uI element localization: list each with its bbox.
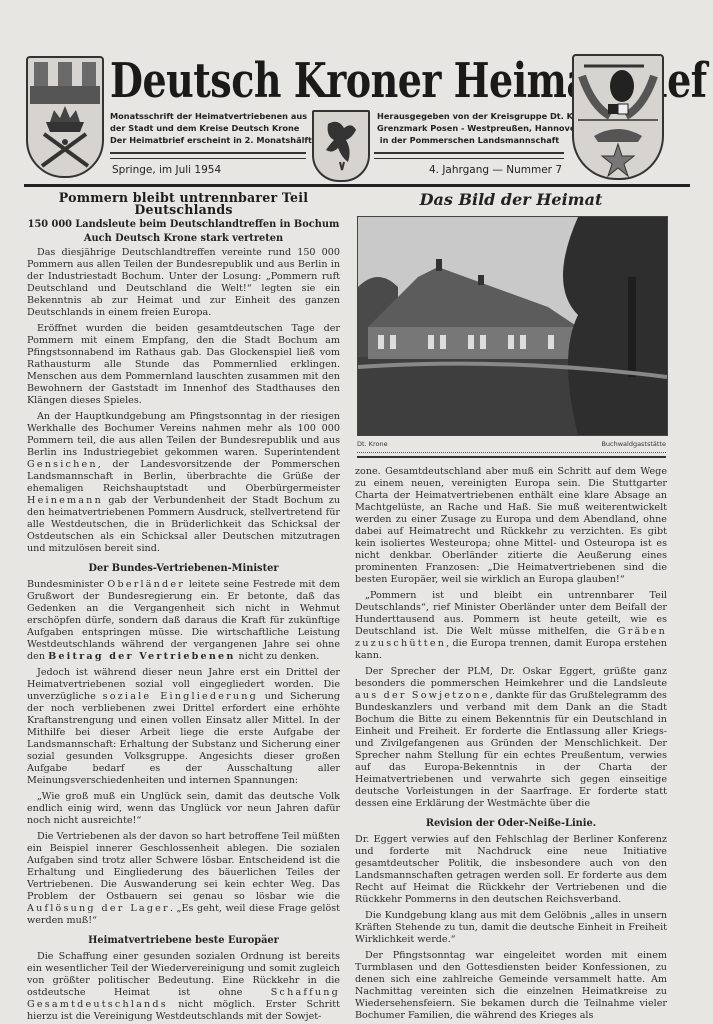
text: Der Sprecher der PLM, Dr. Oskar Eggert, … bbox=[355, 666, 667, 689]
article-column-right: zone. Gesamtdeutschland aber muß ein Sch… bbox=[355, 466, 667, 1024]
picture-heading: Das Bild der Heimat bbox=[355, 190, 667, 209]
masthead-subtitle-left: Monatsschrift der Heimatvertriebenen aus… bbox=[110, 110, 317, 146]
paragraph: Dr. Eggert verwies auf den Fehlschlag de… bbox=[355, 834, 667, 906]
masthead: Deutsch Kroner Heimatbrief Monatsschrift… bbox=[22, 48, 694, 183]
masthead-rule-right bbox=[374, 152, 564, 159]
article-subhead: 150 000 Landsleute beim Deutschlandtreff… bbox=[27, 219, 340, 231]
article-subhead: Auch Deutsch Krone stark vertreten bbox=[27, 233, 340, 245]
paragraph: Die Vertriebenen als der davon so hart b… bbox=[27, 831, 340, 927]
paragraph: Eröffnet wurden die beiden gesamtdeutsch… bbox=[27, 323, 340, 407]
subtitle-line: in der Pommerschen Landsmannschaft bbox=[377, 134, 562, 146]
section-heading: Der Bundes-Vertriebenen-Minister bbox=[27, 563, 340, 575]
issue-number: 4. Jahrgang — Nummer 7 bbox=[412, 164, 562, 176]
person-name: Oberländer bbox=[107, 579, 185, 590]
masthead-bottom-rule bbox=[24, 184, 690, 187]
emphasis: soziale Eingliederung bbox=[103, 691, 258, 702]
masthead-title: Deutsch Kroner Heimatbrief bbox=[110, 52, 570, 108]
paragraph: Der Sprecher der PLM, Dr. Oskar Eggert, … bbox=[355, 666, 667, 810]
article-column-left: Pommern bleibt untrennbarer Teil Deutsch… bbox=[27, 192, 340, 1024]
masthead-subtitle-right: Herausgegeben von der Kreisgruppe Dt. Kr… bbox=[377, 110, 562, 146]
newspaper-page: Deutsch Kroner Heimatbrief Monatsschrift… bbox=[0, 0, 713, 1024]
paragraph: Das diesjährige Deutschlandtreffen verei… bbox=[27, 247, 340, 319]
subtitle-line: Monatsschrift der Heimatvertriebenen aus bbox=[110, 110, 317, 122]
emphasis: Beitrag der Vertriebenen bbox=[48, 651, 235, 662]
emphasis: Auflösung der Lager bbox=[27, 903, 170, 914]
eagle-crest-icon bbox=[572, 54, 664, 180]
subtitle-line: der Stadt und dem Kreise Deutsch Krone bbox=[110, 122, 317, 134]
city-crest-icon bbox=[26, 56, 104, 178]
subtitle-line: Herausgegeben von der Kreisgruppe Dt. Kr… bbox=[377, 110, 562, 122]
text: , dankte für das Grußtelegramm des Bunde… bbox=[355, 690, 667, 809]
section-heading: Revision der Oder-Neiße-Linie. bbox=[355, 818, 667, 830]
section-heading: Heimatvertriebene beste Europäer bbox=[27, 935, 340, 947]
person-name: Heinemann bbox=[27, 495, 103, 506]
paragraph: Die Kundgebung klang aus mit dem Gelöbni… bbox=[355, 910, 667, 946]
text: Bundesminister bbox=[27, 579, 107, 590]
griffin-crest-icon bbox=[312, 110, 370, 182]
paragraph: An der Hauptkundgebung am Pfingstsonntag… bbox=[27, 411, 340, 555]
text: An der Hauptkundgebung am Pfingstsonntag… bbox=[27, 411, 340, 458]
paragraph: Bundesminister Oberländer leitete seine … bbox=[27, 579, 340, 663]
text: nicht zu denken. bbox=[236, 651, 320, 662]
masthead-rule-left bbox=[110, 152, 306, 159]
text: und Sicherung der noch verbliebenen zwei… bbox=[27, 691, 340, 786]
text: Die Vertriebenen als der davon so hart b… bbox=[27, 831, 340, 902]
paragraph: „Pommern ist und bleibt ein untrennbarer… bbox=[355, 590, 667, 662]
photo-rule bbox=[357, 452, 666, 458]
building-photo bbox=[357, 216, 668, 436]
paragraph: Jedoch ist während dieser neun Jahre ers… bbox=[27, 667, 340, 787]
text: leitete seine Festrede mit dem Grußwort … bbox=[27, 579, 340, 662]
article-headline: Pommern bleibt untrennbarer Teil Deutsch… bbox=[27, 192, 340, 216]
photo-caption-left: Dt. Krone bbox=[357, 440, 388, 448]
paragraph: Die Schaffung einer gesunden sozialen Or… bbox=[27, 951, 340, 1023]
paragraph: „Wie groß muß ein Unglück sein, damit da… bbox=[27, 791, 340, 827]
dateline: Springe, im Juli 1954 bbox=[112, 164, 221, 176]
paragraph: zone. Gesamtdeutschland aber muß ein Sch… bbox=[355, 466, 667, 586]
emphasis: aus der Sowjetzone bbox=[355, 690, 490, 701]
subtitle-line: Der Heimatbrief erscheint in 2. Monatshä… bbox=[110, 134, 317, 146]
photo-caption-right: Buchwaldgaststätte bbox=[560, 440, 666, 448]
subtitle-line: Grenzmark Posen - Westpreußen, Hannover, bbox=[377, 122, 562, 134]
paragraph: Der Pfingstsonntag war eingeleitet worde… bbox=[355, 950, 667, 1022]
person-name: Gensichen bbox=[27, 459, 98, 470]
